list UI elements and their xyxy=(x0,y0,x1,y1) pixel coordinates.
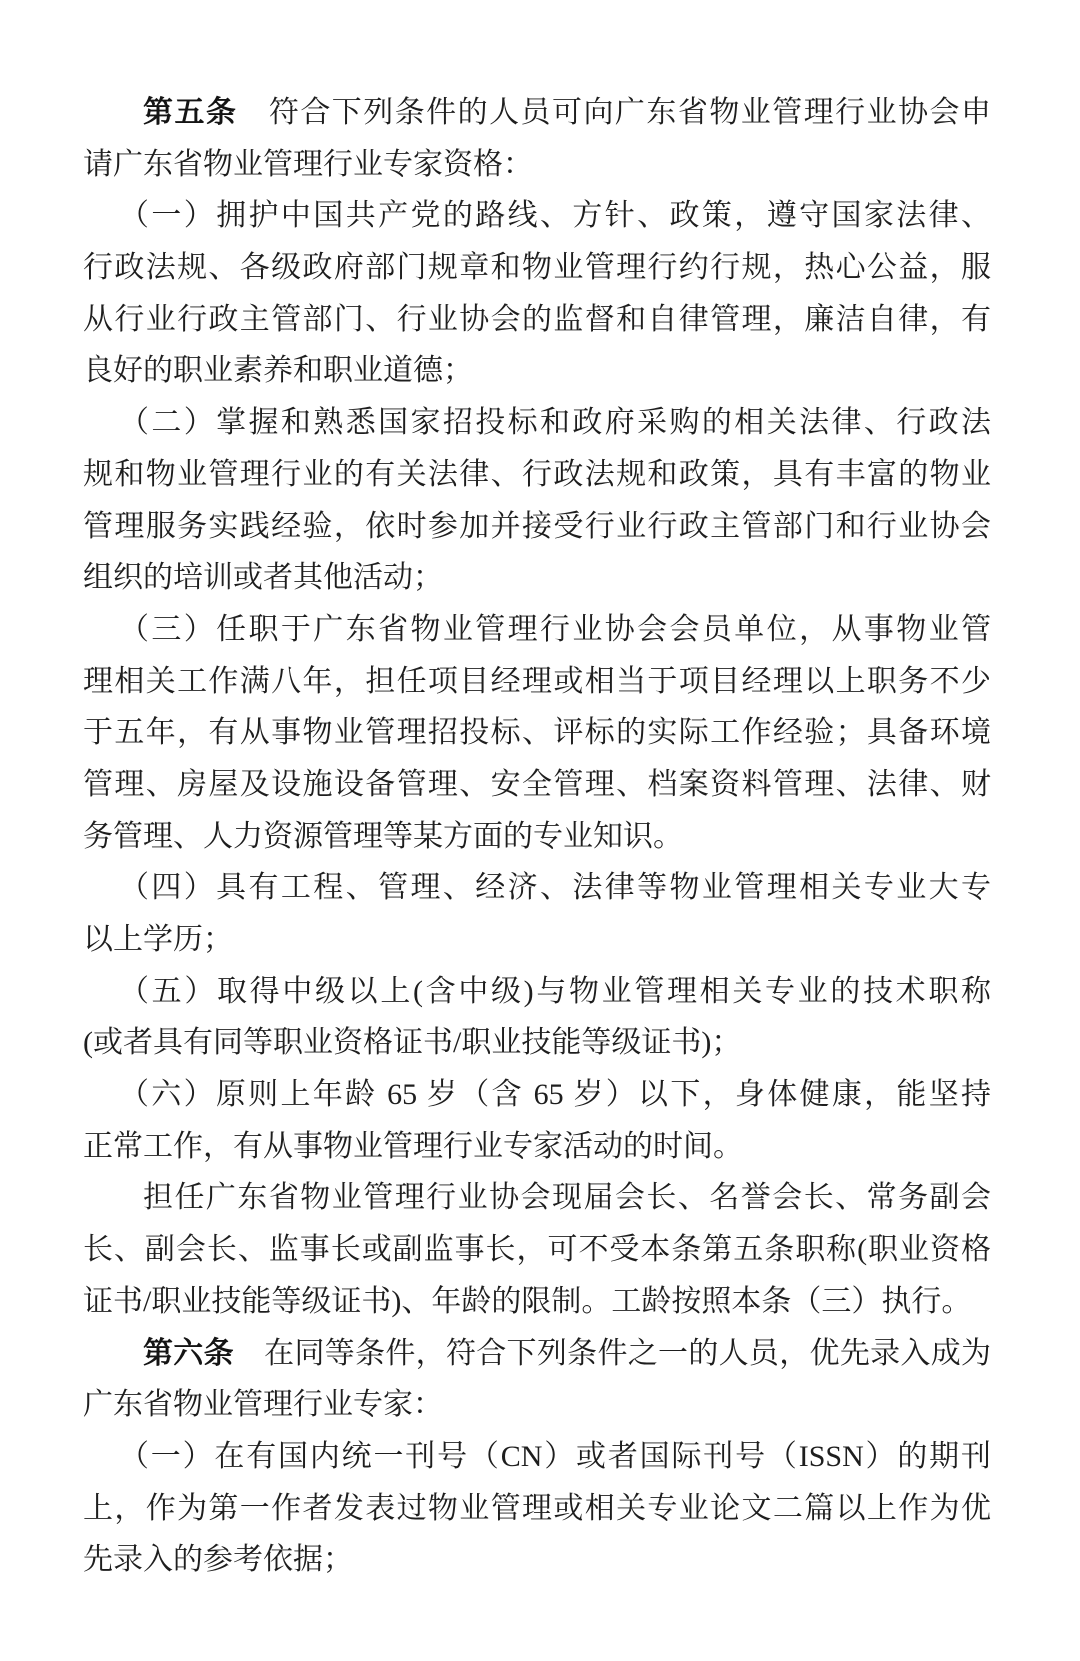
line-text: 先录入的参考依据； xyxy=(83,1543,353,1576)
line-text: （三）任职于广东省物业管理行业协会会员单位，从事物业管 xyxy=(119,613,991,646)
text-line: 以上学历； xyxy=(83,914,991,966)
text-line: 于五年，有从事物业管理招投标、评标的实际工作经验；具备环境 xyxy=(83,707,991,759)
document-page: 第五条 符合下列条件的人员可向广东省物业管理行业协会申 请广东省物业管理行业专家… xyxy=(83,87,991,1586)
line-text: 管理服务实践经验，依时参加并接受行业行政主管部门和行业协会 xyxy=(83,510,991,543)
text-line: 务管理、人力资源管理等某方面的专业知识。 xyxy=(83,811,991,863)
line-text: 理相关工作满八年，担任项目经理或相当于项目经理以上职务不少 xyxy=(83,665,991,698)
line-text: 以上学历； xyxy=(83,923,233,956)
line-text: (或者具有同等职业资格证书/职业技能等级证书)； xyxy=(83,1026,741,1059)
text-line: 上，作为第一作者发表过物业管理或相关专业论文二篇以上作为优 xyxy=(83,1483,991,1535)
text-line: 正常工作，有从事物业管理行业专家活动的时间。 xyxy=(83,1121,991,1173)
line-text: 规和物业管理行业的有关法律、行政法规和政策，具有丰富的物业 xyxy=(83,458,991,491)
text-line: 请广东省物业管理行业专家资格： xyxy=(83,139,991,191)
line-text: （六）原则上年龄 65 岁（含 65 岁）以下，身体健康，能坚持 xyxy=(119,1078,991,1111)
document-background: { "document": { "background_color": "#ff… xyxy=(0,0,1080,1661)
line-text: 组织的培训或者其他活动； xyxy=(83,561,443,594)
text-line: 管理、房屋及设施设备管理、安全管理、档案资料管理、法律、财 xyxy=(83,759,991,811)
text-line: （三）任职于广东省物业管理行业协会会员单位，从事物业管 xyxy=(83,604,991,656)
text-line: 规和物业管理行业的有关法律、行政法规和政策，具有丰富的物业 xyxy=(83,449,991,501)
text-line: 广东省物业管理行业专家： xyxy=(83,1379,991,1431)
text-line: 证书/职业技能等级证书)、年龄的限制。工龄按照本条（三）执行。 xyxy=(83,1276,991,1328)
line-text: 担任广东省物业管理行业协会现届会长、名誉会长、常务副会 xyxy=(143,1181,991,1214)
text-line: 先录入的参考依据； xyxy=(83,1534,991,1586)
article-number: 第六条 xyxy=(143,1337,234,1370)
text-line: （一）拥护中国共产党的路线、方针、政策，遵守国家法律、 xyxy=(83,190,991,242)
text-line: （六）原则上年龄 65 岁（含 65 岁）以下，身体健康，能坚持 xyxy=(83,1069,991,1121)
text-line: 良好的职业素养和职业道德； xyxy=(83,345,991,397)
text-line: （二）掌握和熟悉国家招投标和政府采购的相关法律、行政法 xyxy=(83,397,991,449)
text-line: （一）在有国内统一刊号（CN）或者国际刊号（ISSN）的期刊 xyxy=(83,1431,991,1483)
article-number: 第五条 xyxy=(143,96,237,129)
text-line: 行政法规、各级政府部门规章和物业管理行约行规，热心公益，服 xyxy=(83,242,991,294)
line-text: 上，作为第一作者发表过物业管理或相关专业论文二篇以上作为优 xyxy=(83,1492,991,1525)
text-line: 理相关工作满八年，担任项目经理或相当于项目经理以上职务不少 xyxy=(83,656,991,708)
text-line: 长、副会长、监事长或副监事长，可不受本条第五条职称(职业资格 xyxy=(83,1224,991,1276)
line-text: 管理、房屋及设施设备管理、安全管理、档案资料管理、法律、财 xyxy=(83,768,991,801)
line-text: （四）具有工程、管理、经济、法律等物业管理相关专业大专 xyxy=(119,871,991,904)
line-text: 请广东省物业管理行业专家资格： xyxy=(83,148,533,181)
line-text: （五）取得中级以上(含中级)与物业管理相关专业的技术职称 xyxy=(119,975,991,1008)
text-line: （四）具有工程、管理、经济、法律等物业管理相关专业大专 xyxy=(83,862,991,914)
line-text: 长、副会长、监事长或副监事长，可不受本条第五条职称(职业资格 xyxy=(83,1233,991,1266)
text-line: 第六条 在同等条件，符合下列条件之一的人员，优先录入成为 xyxy=(83,1328,991,1380)
text-line: 管理服务实践经验，依时参加并接受行业行政主管部门和行业协会 xyxy=(83,501,991,553)
text-line: 第五条 符合下列条件的人员可向广东省物业管理行业协会申 xyxy=(83,87,991,139)
line-text: （二）掌握和熟悉国家招投标和政府采购的相关法律、行政法 xyxy=(119,406,991,439)
text-line: （五）取得中级以上(含中级)与物业管理相关专业的技术职称 xyxy=(83,966,991,1018)
line-text: 于五年，有从事物业管理招投标、评标的实际工作经验；具备环境 xyxy=(83,716,991,749)
line-text: 证书/职业技能等级证书)、年龄的限制。工龄按照本条（三）执行。 xyxy=(83,1285,971,1318)
text-line: (或者具有同等职业资格证书/职业技能等级证书)； xyxy=(83,1017,991,1069)
line-text: （一）拥护中国共产党的路线、方针、政策，遵守国家法律、 xyxy=(119,199,991,232)
line-text: 良好的职业素养和职业道德； xyxy=(83,354,473,387)
line-text: 行政法规、各级政府部门规章和物业管理行约行规，热心公益，服 xyxy=(83,251,991,284)
line-text: 从行业行政主管部门、行业协会的监督和自律管理，廉洁自律，有 xyxy=(83,303,991,336)
text-line: 担任广东省物业管理行业协会现届会长、名誉会长、常务副会 xyxy=(83,1172,991,1224)
line-text: 务管理、人力资源管理等某方面的专业知识。 xyxy=(83,820,683,853)
line-text: 正常工作，有从事物业管理行业专家活动的时间。 xyxy=(83,1130,743,1163)
line-text: （一）在有国内统一刊号（CN）或者国际刊号（ISSN）的期刊 xyxy=(119,1440,991,1473)
text-line: 组织的培训或者其他活动； xyxy=(83,552,991,604)
line-text: 在同等条件，符合下列条件之一的人员，优先录入成为 xyxy=(234,1337,991,1370)
line-text: 广东省物业管理行业专家： xyxy=(83,1388,443,1421)
line-text: 符合下列条件的人员可向广东省物业管理行业协会申 xyxy=(237,96,991,129)
text-line: 从行业行政主管部门、行业协会的监督和自律管理，廉洁自律，有 xyxy=(83,294,991,346)
